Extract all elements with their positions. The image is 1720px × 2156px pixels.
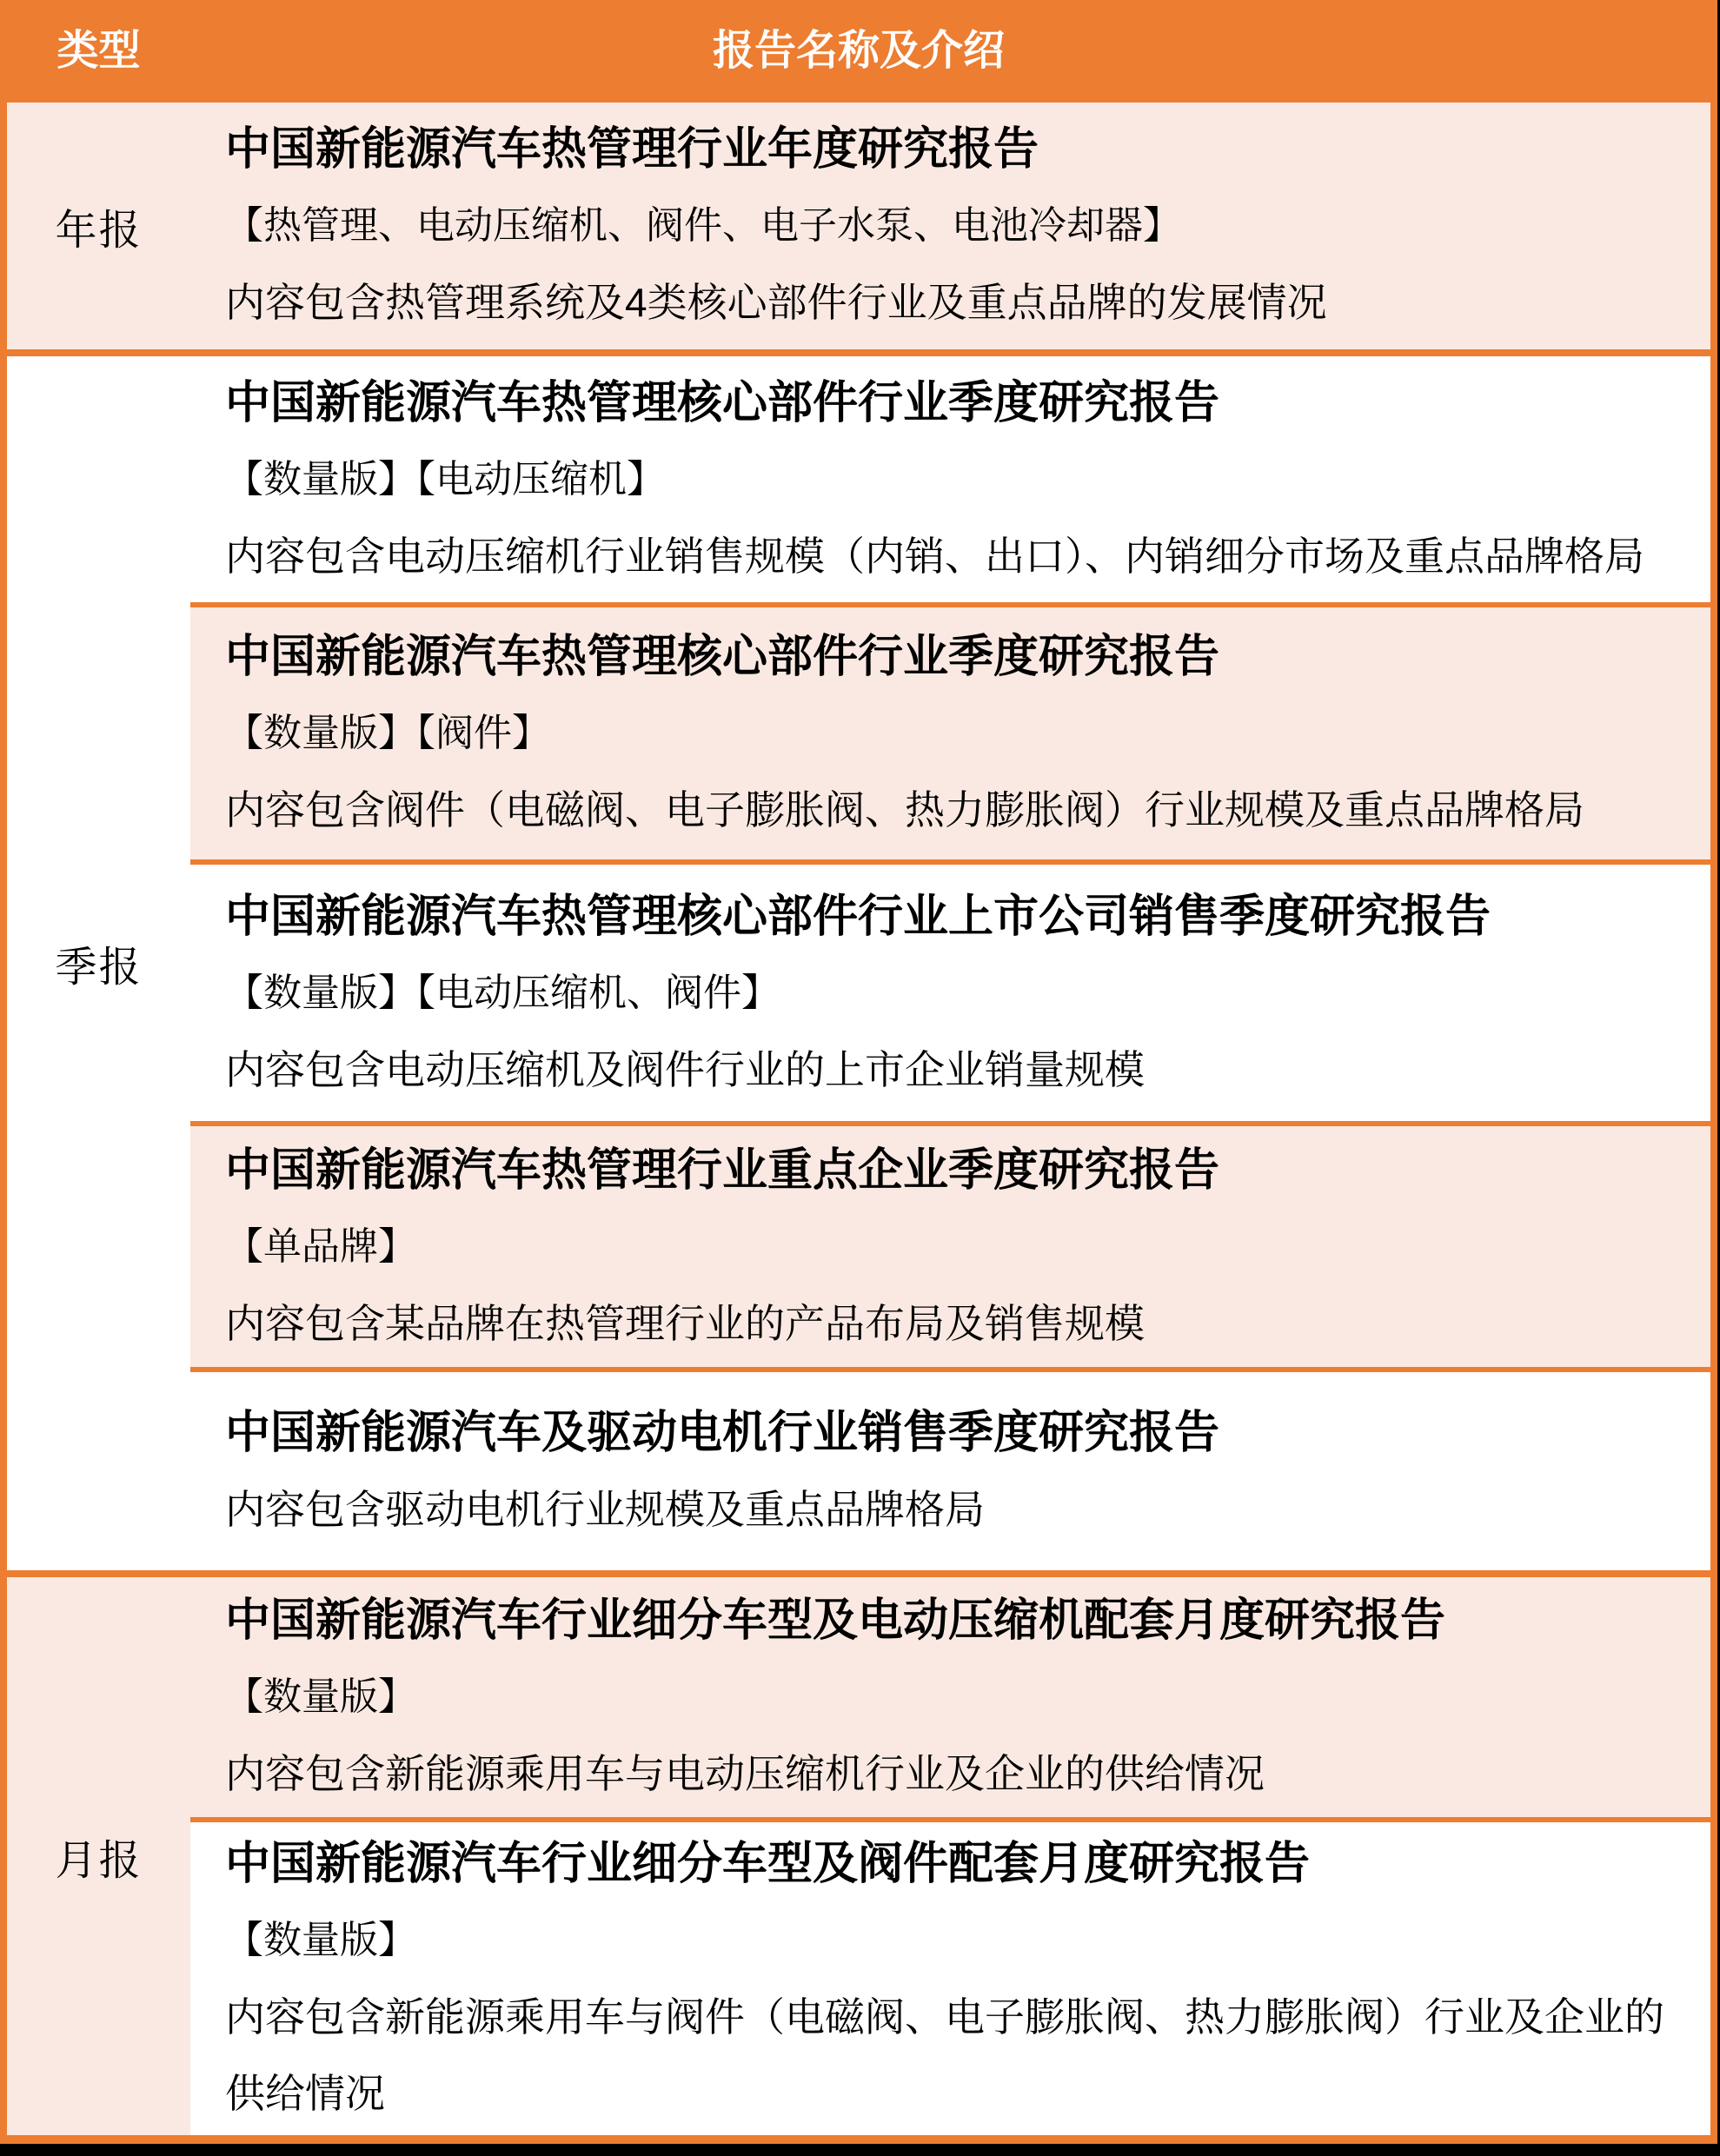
group-type-cell-quarterly: 季报: [7, 356, 190, 1570]
report-title: 中国新能源汽车热管理行业年度研究报告: [225, 111, 1693, 188]
report-desc: 内容包含热管理系统及4类核心部件行业及重点品牌的发展情况: [225, 264, 1693, 341]
group-rows: 中国新能源汽车热管理行业年度研究报告 【热管理、电动压缩机、阀件、电子水泵、电池…: [190, 103, 1710, 349]
report-tags: 【数量版】: [225, 1659, 1693, 1735]
report-desc: 内容包含阀件（电磁阀、电子膨胀阀、热力膨胀阀）行业规模及重点品牌格局: [225, 772, 1693, 848]
report-title: 中国新能源汽车及驱动电机行业销售季度研究报告: [225, 1395, 1693, 1471]
group-annual: 年报 中国新能源汽车热管理行业年度研究报告 【热管理、电动压缩机、阀件、电子水泵…: [7, 103, 1710, 349]
report-row: 中国新能源汽车及驱动电机行业销售季度研究报告 内容包含驱动电机行业规模及重点品牌…: [190, 1367, 1710, 1570]
report-tags: 【数量版】【电动压缩机】: [225, 441, 1693, 518]
group-type-cell-monthly: 月报: [7, 1577, 190, 2135]
report-row: 中国新能源汽车热管理行业年度研究报告 【热管理、电动压缩机、阀件、电子水泵、电池…: [190, 103, 1710, 349]
report-title: 中国新能源汽车热管理行业重点企业季度研究报告: [225, 1132, 1693, 1209]
report-row: 中国新能源汽车行业细分车型及电动压缩机配套月度研究报告 【数量版】 内容包含新能…: [190, 1577, 1710, 1817]
report-desc: 内容包含电动压缩机及阀件行业的上市企业销量规模: [225, 1032, 1693, 1108]
report-desc: 内容包含新能源乘用车与电动压缩机行业及企业的供给情况: [225, 1735, 1693, 1812]
group-type-cell-annual: 年报: [7, 103, 190, 349]
report-desc: 内容包含新能源乘用车与阀件（电磁阀、电子膨胀阀、热力膨胀阀）行业及企业的供给情况: [225, 1979, 1693, 2132]
report-title: 中国新能源汽车行业细分车型及阀件配套月度研究报告: [225, 1826, 1693, 1902]
report-row: 中国新能源汽车热管理核心部件行业上市公司销售季度研究报告 【数量版】【电动压缩机…: [190, 859, 1710, 1121]
report-title: 中国新能源汽车行业细分车型及电动压缩机配套月度研究报告: [225, 1582, 1693, 1659]
report-tags: 【单品牌】: [225, 1209, 1693, 1285]
report-desc: 内容包含驱动电机行业规模及重点品牌格局: [225, 1471, 1693, 1548]
report-row: 中国新能源汽车热管理核心部件行业季度研究报告 【数量版】【阀件】 内容包含阀件（…: [190, 602, 1710, 859]
report-table: 类型 报告名称及介绍 年报 中国新能源汽车热管理行业年度研究报告 【热管理、电动…: [0, 0, 1717, 2144]
group-rows: 中国新能源汽车热管理核心部件行业季度研究报告 【数量版】【电动压缩机】 内容包含…: [190, 356, 1710, 1570]
report-title: 中国新能源汽车热管理核心部件行业季度研究报告: [225, 365, 1693, 441]
report-title: 中国新能源汽车热管理核心部件行业季度研究报告: [225, 619, 1693, 695]
header-report-label: 报告名称及介绍: [7, 0, 1710, 103]
report-desc: 内容包含电动压缩机行业销售规模（内销、出口）、内销细分市场及重点品牌格局: [225, 518, 1693, 594]
table-header: 类型 报告名称及介绍: [7, 0, 1710, 103]
group-rows: 中国新能源汽车行业细分车型及电动压缩机配套月度研究报告 【数量版】 内容包含新能…: [190, 1577, 1710, 2135]
report-tags: 【数量版】【阀件】: [225, 695, 1693, 772]
report-tags: 【数量版】: [225, 1902, 1693, 1979]
report-tags: 【数量版】【电动压缩机、阀件】: [225, 955, 1693, 1032]
report-row: 中国新能源汽车热管理行业重点企业季度研究报告 【单品牌】 内容包含某品牌在热管理…: [190, 1121, 1710, 1367]
group-monthly: 月报 中国新能源汽车行业细分车型及电动压缩机配套月度研究报告 【数量版】 内容包…: [7, 1570, 1710, 2135]
report-row: 中国新能源汽车行业细分车型及阀件配套月度研究报告 【数量版】 内容包含新能源乘用…: [190, 1817, 1710, 2135]
report-title: 中国新能源汽车热管理核心部件行业上市公司销售季度研究报告: [225, 879, 1693, 955]
report-row: 中国新能源汽车热管理核心部件行业季度研究报告 【数量版】【电动压缩机】 内容包含…: [190, 356, 1710, 602]
report-desc: 内容包含某品牌在热管理行业的产品布局及销售规模: [225, 1285, 1693, 1362]
group-quarterly: 季报 中国新能源汽车热管理核心部件行业季度研究报告 【数量版】【电动压缩机】 内…: [7, 349, 1710, 1570]
report-tags: 【热管理、电动压缩机、阀件、电子水泵、电池冷却器】: [225, 188, 1693, 264]
